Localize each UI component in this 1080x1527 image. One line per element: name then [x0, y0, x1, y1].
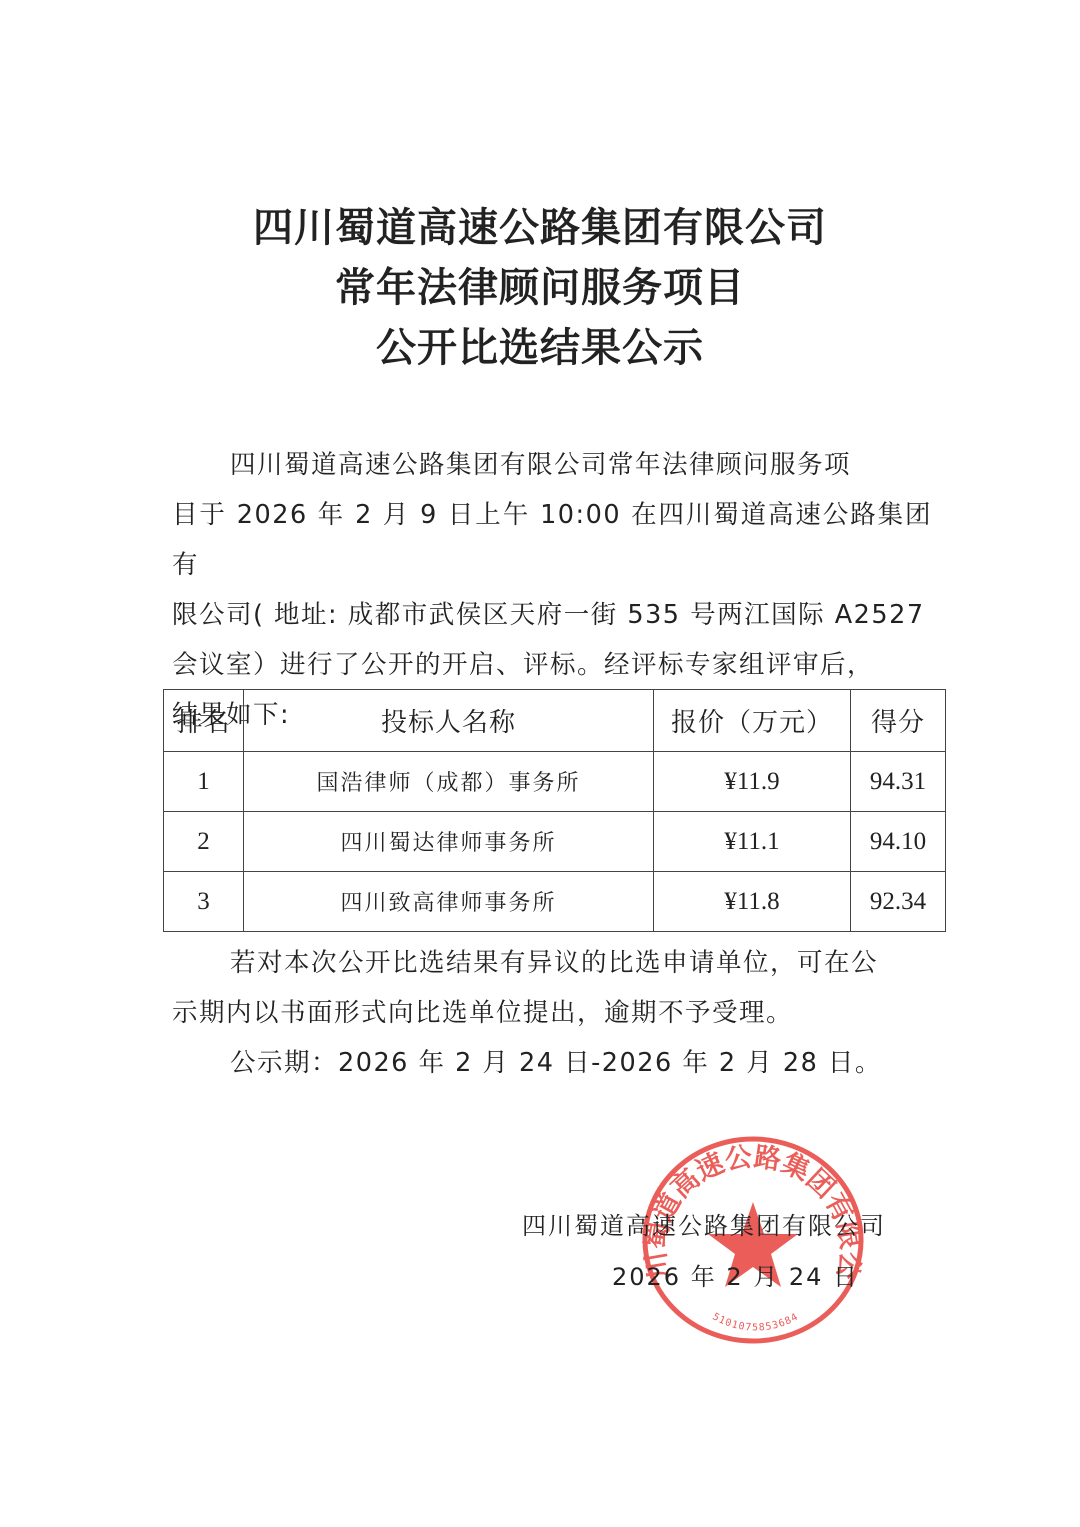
signature-date: 2026 年 2 月 24 日 [612, 1257, 859, 1292]
cell-price: ¥11.9 [654, 752, 851, 812]
cell-rank: 3 [164, 872, 244, 932]
svg-text:5101075853684: 5101075853684 [710, 1311, 800, 1333]
intro-line-4: 会议室）进行了公开的开启、评标。经评标专家组评审后， [172, 640, 932, 690]
cell-price: ¥11.1 [654, 812, 851, 872]
objection-paragraph: 若对本次公开比选结果有异议的比选申请单位，可在公 示期内以书面形式向比选单位提出… [172, 938, 932, 1088]
table-row: 2 四川蜀达律师事务所 ¥11.1 94.10 [164, 812, 946, 872]
cell-score: 94.10 [851, 812, 946, 872]
objection-line-1: 若对本次公开比选结果有异议的比选申请单位，可在公 [172, 938, 932, 988]
table-header-row: 排名 投标人名称 报价（万元） 得分 [164, 690, 946, 752]
title-line-3: 公开比选结果公示 [0, 316, 1080, 373]
publicity-period: 公示期：2026 年 2 月 24 日-2026 年 2 月 28 日。 [172, 1038, 932, 1088]
title-line-1: 四川蜀道高速公路集团有限公司 [0, 196, 1080, 253]
header-score: 得分 [851, 690, 946, 752]
table-row: 3 四川致高律师事务所 ¥11.8 92.34 [164, 872, 946, 932]
intro-line-3: 限公司( 地址: 成都市武侯区天府一街 535 号两江国际 A2527 [172, 590, 932, 640]
cell-bidder-name: 四川蜀达律师事务所 [244, 812, 654, 872]
intro-line-1: 四川蜀道高速公路集团有限公司常年法律顾问服务项 [172, 440, 932, 490]
header-rank: 排名 [164, 690, 244, 752]
cell-price: ¥11.8 [654, 872, 851, 932]
cell-score: 92.34 [851, 872, 946, 932]
title-line-2: 常年法律顾问服务项目 [0, 256, 1080, 313]
table-row: 1 国浩律师（成都）事务所 ¥11.9 94.31 [164, 752, 946, 812]
signature-organization: 四川蜀道高速公路集团有限公司 [522, 1206, 886, 1241]
cell-bidder-name: 四川致高律师事务所 [244, 872, 654, 932]
results-table: 排名 投标人名称 报价（万元） 得分 1 国浩律师（成都）事务所 ¥11.9 9… [163, 689, 946, 932]
cell-rank: 1 [164, 752, 244, 812]
intro-line-2: 目于 2026 年 2 月 9 日上午 10:00 在四川蜀道高速公路集团有 [172, 490, 932, 590]
header-bidder-name: 投标人名称 [244, 690, 654, 752]
cell-bidder-name: 国浩律师（成都）事务所 [244, 752, 654, 812]
header-price: 报价（万元） [654, 690, 851, 752]
cell-score: 94.31 [851, 752, 946, 812]
cell-rank: 2 [164, 812, 244, 872]
objection-line-2: 示期内以书面形式向比选单位提出，逾期不予受理。 [172, 988, 932, 1038]
